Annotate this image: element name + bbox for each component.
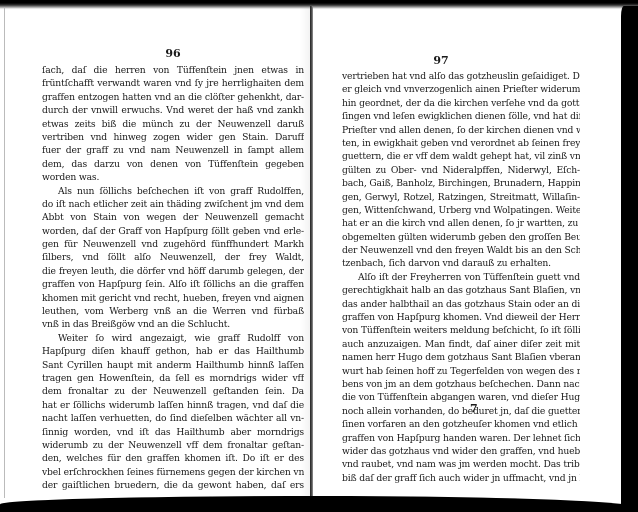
text-line: gülten zu Ober- vnd Nideralpffen, Niderw… bbox=[342, 164, 580, 177]
text-line: noch allein vorhanden, do beduret jn, da… bbox=[342, 405, 580, 418]
text-line: widerumb zu der Neuwenzell vff dem frona… bbox=[42, 439, 304, 452]
text-line: namen herr Hugo dem gotzhaus Sant Blaſie… bbox=[342, 351, 580, 364]
text-line: ſinnig worden, vnd iſt das Hailthumb abe… bbox=[42, 426, 304, 439]
book-gutter bbox=[310, 6, 313, 506]
text-line: obgemelten gülten widerumb geben den gro… bbox=[342, 231, 580, 244]
left-page-text: ſach, daſ die herren von Tüffenſtein jne… bbox=[42, 64, 304, 493]
text-line: das ander halbthail an das gotzhaus Stai… bbox=[342, 298, 580, 311]
text-line: ten, in ewigkhait geben vnd verordnet ab… bbox=[342, 137, 580, 150]
text-line: Abbt von Stain von wegen der Neuwenzell … bbox=[42, 211, 304, 224]
text-line: den, welches für den graffen khomen iſt.… bbox=[42, 452, 304, 465]
text-line: die von Tüffenſtein abgangen waren, vnd … bbox=[342, 391, 580, 404]
text-line: biß daſ der graff ſich auch wider jn uff… bbox=[342, 472, 580, 485]
text-line: tragen gen Howenſtein, da ſell es morndr… bbox=[42, 372, 304, 385]
text-line: graffen entzogen hatten vnd an die clöſt… bbox=[42, 91, 304, 104]
text-line: ſingen vnd leſen ewigklichen dienen ſöll… bbox=[342, 110, 580, 123]
text-line: er gleich vnd vnverzogenlich ainen Prieſ… bbox=[342, 83, 580, 96]
text-line: die freyen leuth, die dörfer vnd höff da… bbox=[42, 265, 304, 278]
text-line: vnd raubet, vnd nam was jm werden mocht.… bbox=[342, 458, 580, 471]
text-line: Prieſter vnd allen denen, ſo der kirchen… bbox=[342, 124, 580, 137]
text-line: dem, das darzu von denen von Tüffenſtein… bbox=[42, 158, 304, 171]
text-line: graffen von Hapſpurg handen waren. Der l… bbox=[342, 432, 580, 445]
text-line: ſach, daſ die herren von Tüffenſtein jne… bbox=[42, 64, 304, 77]
text-line: gen, Gerwyl, Rotzel, Ratzingen, Streitma… bbox=[342, 191, 580, 204]
book-scan: 96 ſach, daſ die herren von Tüffenſtein … bbox=[0, 0, 638, 512]
text-line: vertrieben hat vnd alſo das gotzheuslin … bbox=[342, 70, 580, 83]
text-line: fuer der graff zu vnd nam Neuwenzell in … bbox=[42, 144, 304, 157]
text-line: vnß in das Breißgöw vnd an die Schlucht. bbox=[42, 318, 304, 331]
text-line: bach, Gaiß, Banholz, Birchingen, Brunade… bbox=[342, 177, 580, 190]
right-page-text: vertrieben hat vnd alſo das gotzheuslin … bbox=[342, 70, 580, 485]
text-line: do iſt nach etlicher zeit ain thäding zw… bbox=[42, 198, 304, 211]
text-line: der Neuwenzell vnd den freyen Waldt bis … bbox=[342, 244, 580, 257]
signature-mark: 7 bbox=[470, 402, 478, 415]
scan-left-edge bbox=[4, 8, 5, 498]
text-line: wurt hab ſeinen hoff zu Tegerfelden von … bbox=[342, 365, 580, 378]
text-line: hat er ſöllichs widerumb laſſen hinnß tr… bbox=[42, 399, 304, 412]
text-line: worden was. bbox=[42, 171, 304, 184]
text-line: vbel erſchrockhen ſeines fürnemens gegen… bbox=[42, 466, 304, 479]
text-line: hat er an die kirch vnd allen denen, ſo … bbox=[342, 217, 580, 230]
text-line: hin geordnet, der da die kirchen verſehe… bbox=[342, 97, 580, 110]
text-line: leuthen, vom Werberg vnß an die Werren v… bbox=[42, 305, 304, 318]
text-line: gen für Neuwenzell vnd zugehörd fünffhun… bbox=[42, 238, 304, 251]
text-line: Sant Cyrillen haupt mit anderm Hailthumb… bbox=[42, 359, 304, 372]
scan-bottom-edge bbox=[0, 496, 638, 512]
text-line: gerechtigkhait halb an das gotzhaus Sant… bbox=[342, 284, 580, 297]
text-line: auch anzuzaigen. Man findt, daſ ainer di… bbox=[342, 338, 580, 351]
text-line: dem fronaltar zu der Neuwenzell geſtande… bbox=[42, 385, 304, 398]
scan-top-edge bbox=[0, 0, 638, 9]
text-line: nacht laſſen verhuetten, do ſind dieſelb… bbox=[42, 412, 304, 425]
text-line: graffen von Hapſpurg ſein. Alſo iſt ſöll… bbox=[42, 278, 304, 291]
text-line: Weiter ſo wird angezaigt, wie graff Rudo… bbox=[42, 332, 304, 345]
text-line: ſinen vorfaren an den gotzheuſer khomen … bbox=[342, 418, 580, 431]
text-line: tzenbach, ſich darvon vnd darauß zu erha… bbox=[342, 257, 580, 270]
text-line: worden, daſ der Graff von Hapſpurg ſöllt… bbox=[42, 225, 304, 238]
text-line: vertriben vnd hinweg zogen wider gen Sta… bbox=[42, 131, 304, 144]
text-line: früntſchafft verwandt waren vnd ſy jre h… bbox=[42, 77, 304, 90]
text-line: von Tüffenſtein weiters meldung beſchich… bbox=[342, 324, 580, 337]
text-line: bens von jm an dem gotzhaus beſchechen. … bbox=[342, 378, 580, 391]
text-line: durch der vnwill erwuchs. Vnd weret der … bbox=[42, 104, 304, 117]
scan-right-edge bbox=[621, 6, 638, 512]
text-line: Als nun ſöllichs beſchechen iſt von graf… bbox=[42, 185, 304, 198]
page-number-left: 96 bbox=[42, 47, 304, 60]
text-line: Alſo iſt der Freyherren von Tüffenſtein … bbox=[342, 271, 580, 284]
page-number-right: 97 bbox=[322, 54, 560, 67]
text-line: gen, Wittenſchwand, Urberg vnd Wolpating… bbox=[342, 204, 580, 217]
text-line: etwas zeits biß die münch zu der Neuwenz… bbox=[42, 118, 304, 131]
text-line: wider das gotzhaus vnd wider den graffen… bbox=[342, 445, 580, 458]
text-line: der gaiſtlichen bruedern, die da gewont … bbox=[42, 479, 304, 492]
text-line: khomen mit gericht vnd recht, hueben, fr… bbox=[42, 292, 304, 305]
text-line: guettern, die er vff dem waldt gehept ha… bbox=[342, 150, 580, 163]
text-line: graffen von Hapſpurg khomen. Vnd dieweil… bbox=[342, 311, 580, 324]
text-line: ſilbers, vnd ſöllt alſo Neuwenzell, der … bbox=[42, 251, 304, 264]
text-line: Hapſpurg diſen khauff gethon, hab er das… bbox=[42, 345, 304, 358]
